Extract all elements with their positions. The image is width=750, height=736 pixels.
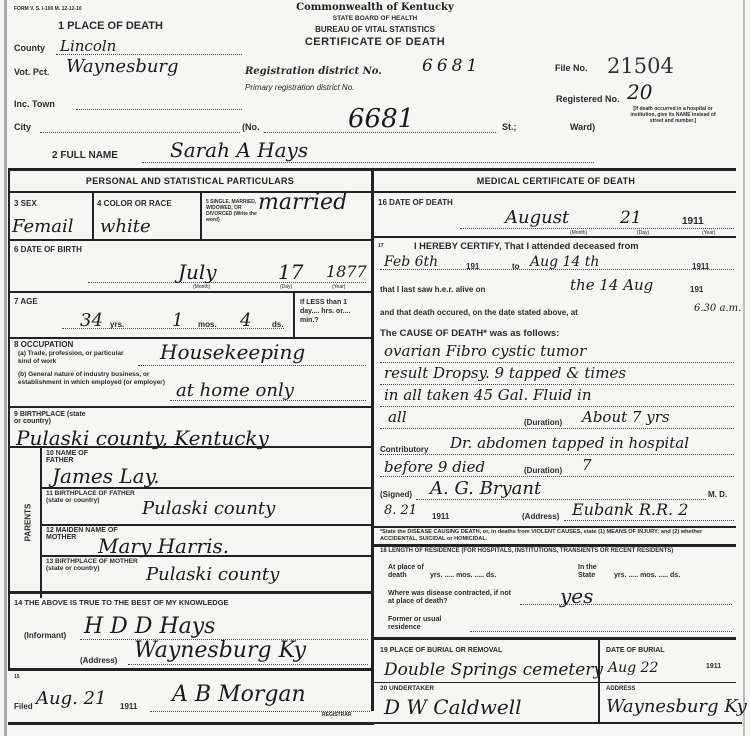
attended-to: Aug 14 th	[530, 254, 599, 270]
marital-value: married	[258, 190, 347, 215]
filed-label: Filed	[14, 702, 33, 711]
md-label: M. D.	[708, 490, 727, 499]
county-value: Lincoln	[60, 37, 116, 55]
county-label: County	[14, 43, 45, 53]
undertaker-value: D W Caldwell	[384, 695, 521, 719]
death-occurred-label: and that death occured, on the date stat…	[380, 308, 578, 317]
day-caption: (Day)	[280, 284, 292, 290]
rule	[40, 524, 372, 526]
to-label: to	[512, 262, 520, 271]
cause-line-rule	[380, 384, 734, 385]
occ-b-label: (b) General nature of industry business,…	[18, 371, 168, 387]
hospital-note: [If death occurred in a hospital or inst…	[623, 106, 723, 124]
sex-value: Femail	[12, 216, 73, 237]
duration-value: About 7 yrs	[582, 408, 670, 426]
dob-label: 6 DATE OF BIRTH	[14, 245, 82, 254]
registration-district-value: 6681	[422, 56, 481, 76]
where-contracted-line	[520, 604, 732, 605]
month-caption: (Month)	[193, 284, 210, 290]
form-number: FORM V. S. I-100 M. 12-12-10	[14, 6, 82, 12]
no-label: (No.	[242, 122, 260, 132]
former-residence-label: Former or usual residence	[388, 616, 468, 632]
rule	[92, 193, 94, 239]
dob-day: 17	[278, 260, 303, 284]
address-label: (Address)	[522, 512, 559, 521]
contrib-line-rule	[380, 454, 734, 455]
contributory-label: Contributory	[380, 445, 428, 454]
vot-pct-value: Waynesburg	[66, 56, 179, 77]
age-months: 1	[172, 310, 183, 331]
informant-label: (Informant)	[24, 631, 66, 640]
rule	[372, 637, 736, 640]
street-number-value: 6681	[348, 104, 414, 134]
where-contracted-value: yes	[560, 584, 593, 608]
year-caption: (Year)	[332, 284, 345, 290]
duration-label: (Duration)	[524, 418, 562, 427]
full-name-label: 2 FULL NAME	[52, 150, 118, 161]
mos-caption: mos.	[198, 320, 217, 329]
address-line	[564, 520, 734, 521]
certify-text: I HEREBY CERTIFY, That I attended deceas…	[414, 241, 639, 251]
mother-birthplace-value: Pulaski county	[146, 564, 279, 585]
rule	[8, 668, 372, 671]
inc-town-line	[76, 109, 242, 110]
vot-pct-label: Vot. Pct.	[14, 67, 49, 77]
death-time: 6.30 a.m.	[694, 303, 741, 314]
cause-footnote: *State the DISEASE CAUSING DEATH, or, in…	[380, 529, 732, 543]
rule	[8, 337, 372, 339]
father-name-value: James Lay.	[52, 464, 160, 488]
less-than-day-label: If LESS than 1 day.... hrs. or.... min.?	[300, 298, 368, 325]
parents-label: PARENTS	[24, 487, 33, 559]
residence-label: 18 LENGTH OF RESIDENCE (FOR HOSPITALS, I…	[380, 548, 732, 555]
medical-header: MEDICAL CERTIFICATE OF DEATH	[378, 176, 734, 186]
rule	[40, 555, 372, 557]
mother-birthplace-label: 13 BIRTHPLACE OF MOTHER (state or countr…	[46, 558, 141, 572]
last-saw-value: the 14 Aug	[570, 276, 653, 294]
sex-label: 3 SEX	[14, 199, 37, 208]
rule	[372, 544, 736, 547]
dob-line	[88, 282, 366, 283]
bureau-title: BUREAU OF VITAL STATISTICS	[270, 25, 480, 34]
rule	[372, 191, 736, 193]
last-saw-year: 191	[690, 285, 703, 294]
signed-year: 1911	[432, 512, 449, 521]
father-name-label: 10 NAME OF FATHER	[46, 450, 106, 464]
death-month: August	[505, 207, 569, 228]
place-of-death-label: 1 PLACE OF DEATH	[58, 20, 163, 32]
full-name-value: Sarah A Hays	[170, 138, 308, 162]
primary-registration-label: Primary registration district No.	[245, 83, 354, 92]
date-of-death-line	[460, 228, 734, 229]
date-of-death-label: 16 DATE OF DEATH	[378, 198, 453, 207]
rule	[8, 406, 372, 408]
death-year: 1911	[682, 216, 704, 227]
contributory-line: before 9 died	[384, 458, 485, 476]
filed-number: 15	[14, 674, 20, 680]
cause-line-rule	[380, 362, 734, 363]
rule	[372, 722, 742, 724]
file-no-value: 21504	[607, 54, 674, 78]
commonwealth-title: Commonwealth of Kentucky	[270, 2, 480, 13]
filed-year: 1911	[120, 702, 137, 711]
last-saw-label: that I last saw h.e.r. alive on	[380, 285, 485, 294]
birthplace-label: 9 BIRTHPLACE (state or country)	[14, 411, 94, 425]
occupation-label: 8 OCCUPATION	[14, 340, 73, 349]
burial-label: 19 PLACE OF BURIAL OR REMOVAL	[380, 648, 502, 654]
registered-no-value: 20	[627, 80, 652, 104]
rule	[8, 722, 374, 725]
race-value: white	[100, 216, 151, 237]
full-name-line	[142, 162, 594, 163]
informant-value: H D D Hays	[84, 614, 215, 639]
rule	[8, 591, 372, 594]
cause-line: result Dropsy. 9 tapped & times	[384, 364, 626, 382]
signed-label: (Signed)	[380, 490, 412, 499]
cause-line: in all taken 45 Gal. Fluid in	[384, 386, 592, 404]
rule	[8, 239, 372, 241]
undertaker-address-value: Waynesburg Ky	[606, 696, 747, 717]
dob-month: July	[178, 260, 217, 284]
st-label: St.;	[502, 122, 517, 132]
at-place-units: yrs. ..... mos. ..... ds.	[430, 573, 496, 579]
informant-address-line	[128, 664, 368, 665]
city-label: City	[14, 122, 31, 132]
attended-from: Feb 6th	[384, 254, 438, 270]
father-birthplace-value: Pulaski county	[142, 498, 275, 519]
cause-line: ovarian Fibro cystic tumor	[384, 342, 586, 360]
cause-line-rule	[380, 428, 734, 429]
personal-header: PERSONAL AND STATISTICAL PARTICULARS	[12, 176, 368, 186]
where-contracted-label: Where was disease contracted, if not at …	[388, 590, 518, 606]
occ-a-label: (a) Trade, profession, or particular kin…	[18, 350, 138, 366]
rule	[200, 193, 202, 239]
occ-a-line	[138, 365, 366, 366]
burial-date-value: Aug 22	[608, 660, 658, 676]
registrar-label: REGISTRAR	[322, 712, 351, 718]
at-place-label: At place of death	[388, 564, 424, 580]
contributory-line: Dr. abdomen tapped in hospital	[450, 434, 689, 452]
cause-line-rule	[380, 406, 734, 407]
address-value: Eubank R.R. 2	[572, 500, 688, 519]
informant-address-label: (Address)	[80, 656, 117, 665]
contrib-duration-label: (Duration)	[524, 466, 562, 475]
cause-line: all	[388, 408, 407, 426]
true-statement-label: 14 THE ABOVE IS TRUE TO THE BEST OF MY K…	[14, 598, 228, 607]
inc-town-label: Inc. Town	[14, 99, 55, 109]
scan-edge-right	[743, 0, 745, 736]
burial-date-label: DATE OF BURIAL	[606, 648, 665, 654]
age-days: 4	[240, 310, 251, 331]
rule	[8, 446, 372, 448]
column-divider	[371, 171, 374, 711]
scan-edge-left	[4, 0, 7, 736]
burial-year: 1911	[706, 664, 721, 670]
ds-caption: ds.	[272, 320, 284, 329]
occ-a-value: Housekeeping	[160, 340, 305, 364]
signed-value: A. G. Bryant	[430, 478, 541, 499]
death-certificate: FORM V. S. I-100 M. 12-12-10 Commonwealt…	[0, 0, 750, 736]
race-label: 4 COLOR OR RACE	[97, 199, 172, 208]
former-residence-line	[470, 631, 732, 632]
rule	[40, 487, 372, 489]
registrar-value: A B Morgan	[172, 682, 306, 707]
dob-year: 1877	[326, 262, 367, 281]
file-no-label: File No.	[555, 63, 588, 73]
rule	[372, 236, 736, 238]
registration-district-label: Registration district No.	[245, 66, 382, 77]
rule	[8, 291, 372, 293]
filed-date: Aug. 21	[36, 688, 106, 709]
rule	[372, 526, 736, 528]
in-state-label: In the State	[578, 564, 608, 580]
death-day: 21	[620, 208, 642, 228]
informant-address-value: Waynesburg Ky	[134, 638, 306, 663]
board-title: STATE BOARD OF HEALTH	[270, 15, 480, 22]
marital-label: 5 SINGLE, MARRIED, WIDOWED, OR DIVORCED …	[206, 199, 262, 223]
age-years: 34	[80, 310, 103, 331]
occ-b-value: at home only	[176, 380, 294, 401]
rule	[372, 682, 736, 683]
undertaker-label: 20 UNDERTAKER	[380, 686, 434, 692]
age-label: 7 AGE	[14, 297, 38, 306]
yrs-caption: yrs.	[110, 320, 124, 329]
cause-label: The CAUSE OF DEATH* was as follows:	[380, 328, 559, 339]
ward-label: Ward)	[570, 122, 595, 132]
father-birthplace-label: 11 BIRTHPLACE OF FATHER (state or countr…	[46, 490, 141, 504]
rule	[40, 448, 42, 598]
attended-from-year: 191	[466, 262, 479, 271]
rule	[293, 293, 295, 337]
city-line	[40, 132, 240, 133]
signed-date: 8. 21	[384, 503, 417, 518]
contrib-line-rule	[380, 476, 734, 477]
attended-to-year: 1911	[692, 262, 709, 271]
burial-value: Double Springs cemetery	[384, 660, 603, 680]
registered-no-label: Registered No.	[556, 94, 620, 104]
certify-number: 17	[378, 243, 384, 249]
undertaker-address-label: ADDRESS	[606, 686, 635, 692]
certificate-title: CERTIFICATE OF DEATH	[270, 36, 480, 48]
contrib-duration-value: 7	[582, 456, 592, 474]
left-border	[8, 171, 10, 671]
in-state-units: yrs. ..... mos. ..... ds.	[614, 573, 680, 579]
